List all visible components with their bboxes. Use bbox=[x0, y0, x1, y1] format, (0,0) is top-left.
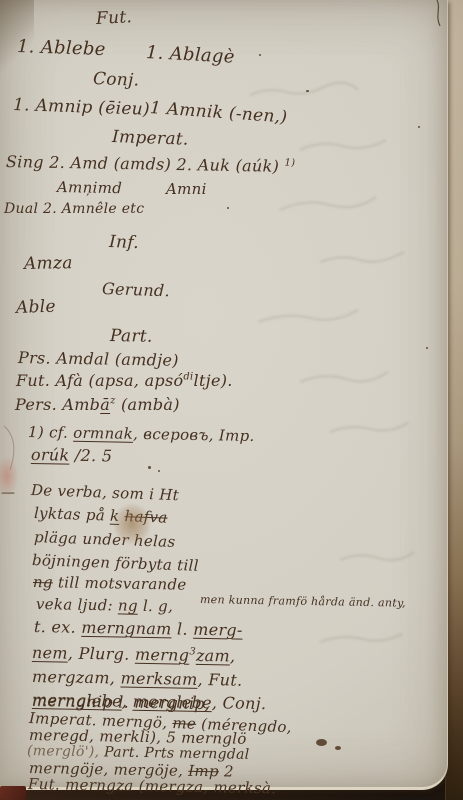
handwritten-text: 1. Ablebe bbox=[17, 36, 106, 60]
binding-fragment bbox=[0, 786, 26, 800]
heading-imperative: Imperat. bbox=[112, 128, 189, 149]
handwritten-text: Gerund. bbox=[102, 279, 171, 300]
struck-text: ng bbox=[33, 573, 53, 591]
handwritten-text: Part. bbox=[110, 326, 153, 347]
handwritten-text: ltje). bbox=[194, 371, 233, 390]
handwritten-text: , bbox=[230, 646, 236, 665]
ink-speck bbox=[306, 90, 309, 92]
underlined-text: orúk bbox=[31, 445, 70, 465]
handwritten-text: Pers. Amb bbox=[15, 395, 100, 414]
manuscript-line: Amza bbox=[24, 254, 73, 273]
handwritten-text: , всеровъ, Imp. bbox=[133, 425, 255, 445]
heading-futurum: Fut. bbox=[96, 8, 133, 28]
handwritten-text: 1) cf. bbox=[28, 423, 74, 442]
handwritten-text: /2. 5 bbox=[69, 446, 112, 466]
manuscript-line: Fut. Afà (apsa, apsódiltje). bbox=[16, 372, 233, 389]
underlined-text: nem bbox=[32, 643, 68, 663]
handwritten-text: Amza bbox=[24, 253, 73, 274]
manuscript-line: t. ex. merngnam l. merg- bbox=[34, 618, 243, 639]
ink-speck bbox=[158, 470, 160, 472]
handwritten-text: , Fut. bbox=[197, 670, 242, 690]
ink-speck bbox=[316, 739, 327, 746]
heading-conjunctive: Conj. bbox=[93, 70, 140, 90]
handwritten-text: , Plurg. bbox=[68, 644, 135, 664]
ink-speck bbox=[426, 347, 428, 349]
manuscript-line: Dual 2. Amnêle etc bbox=[4, 202, 144, 217]
handwritten-text: Fut. merngza (mergza, merksà. bbox=[28, 775, 277, 797]
underlined-text: merksam bbox=[120, 669, 197, 689]
handwritten-text: (merglö'), bbox=[27, 743, 104, 760]
handwritten-text: till motsvarande bbox=[53, 573, 187, 593]
handwritten-text: Imperat. bbox=[112, 127, 189, 150]
handwritten-text: Prs. Amdal (amdje) bbox=[18, 348, 179, 370]
underlined-text: merg- bbox=[193, 620, 243, 640]
underlined-text: merng bbox=[135, 645, 190, 665]
manuscript-line: mergzam, merksam, Fut. bbox=[32, 668, 243, 689]
manuscript-line: Amņimd bbox=[57, 179, 122, 196]
manuscript-line: ng till motsvarande bbox=[33, 574, 187, 593]
manuscript-line: Able bbox=[16, 298, 56, 318]
handwritten-text: Able bbox=[16, 297, 57, 318]
handwritten-text: Fut. bbox=[95, 7, 132, 29]
manuscript-line: veka ljud: ng l. g, bbox=[36, 596, 173, 615]
handwritten-text: mergzam, bbox=[32, 667, 121, 688]
ink-speck bbox=[418, 126, 420, 128]
ink-speck bbox=[335, 746, 341, 750]
heading-participle: Part. bbox=[110, 327, 153, 346]
ink-speck bbox=[148, 466, 151, 469]
heading-infinitive: Inf. bbox=[109, 233, 140, 252]
handwritten-text: veka ljud: bbox=[36, 595, 118, 614]
manuscript-line: 1. Ablebe bbox=[17, 37, 106, 60]
manuscript-line: nem, Plurg. merng3zam, bbox=[32, 644, 236, 665]
handwritten-text: l. bbox=[171, 619, 193, 638]
handwritten-text: Fut. Afà (apsa, apsó bbox=[16, 371, 183, 390]
manuscript-line: Pers. Ambāz (ambà) bbox=[15, 396, 180, 413]
handwritten-text: (ambà) bbox=[116, 395, 180, 414]
superscript-annotation: 1) bbox=[284, 158, 295, 169]
footnote-line: 1) cf. ormnak, всеровъ, Imp. bbox=[28, 424, 255, 444]
manuscript-line: 1. Amnip (ēieu) bbox=[13, 96, 151, 119]
manuscript-line: 1. Ablagè bbox=[145, 43, 235, 67]
manuscript-line: Prs. Amdal (amdje) bbox=[18, 349, 179, 369]
handwritten-text: t. ex. bbox=[34, 617, 82, 637]
handwritten-text: lyktas på bbox=[34, 504, 111, 525]
heading-gerund: Gerund. bbox=[102, 280, 170, 300]
underlined-text: ng bbox=[118, 596, 138, 614]
manuscript-line: Amni bbox=[166, 181, 207, 197]
photographed-book-page: Fut. 1. Ablebe 1. Ablagè Conj. 1. Amnip … bbox=[0, 0, 463, 800]
handwritten-text: Conj. bbox=[93, 69, 140, 91]
superscript-annotation: di bbox=[183, 372, 193, 383]
ink-speck bbox=[259, 54, 261, 56]
handwritten-text: Dual 2. Amnêle etc bbox=[4, 201, 144, 217]
underlined-text: ormnak bbox=[73, 424, 133, 443]
underlined-text: ā bbox=[100, 395, 110, 414]
ink-speck bbox=[227, 207, 229, 209]
underlined-text: merngnam bbox=[81, 618, 172, 639]
ink-blot-stain bbox=[108, 498, 156, 550]
manuscript-line: Fut. merngza (mergza, merksà. bbox=[28, 776, 277, 797]
footnote-line: orúk /2. 5 bbox=[31, 446, 113, 465]
handwritten-text: Amņimd bbox=[57, 178, 122, 197]
underlined-text: zam bbox=[196, 646, 230, 666]
handwritten-text: Amni bbox=[166, 180, 207, 198]
handwritten-text: , Conj. bbox=[212, 693, 267, 713]
handwritten-text: l. g, bbox=[138, 597, 174, 616]
handwritten-text: Inf. bbox=[109, 232, 140, 253]
